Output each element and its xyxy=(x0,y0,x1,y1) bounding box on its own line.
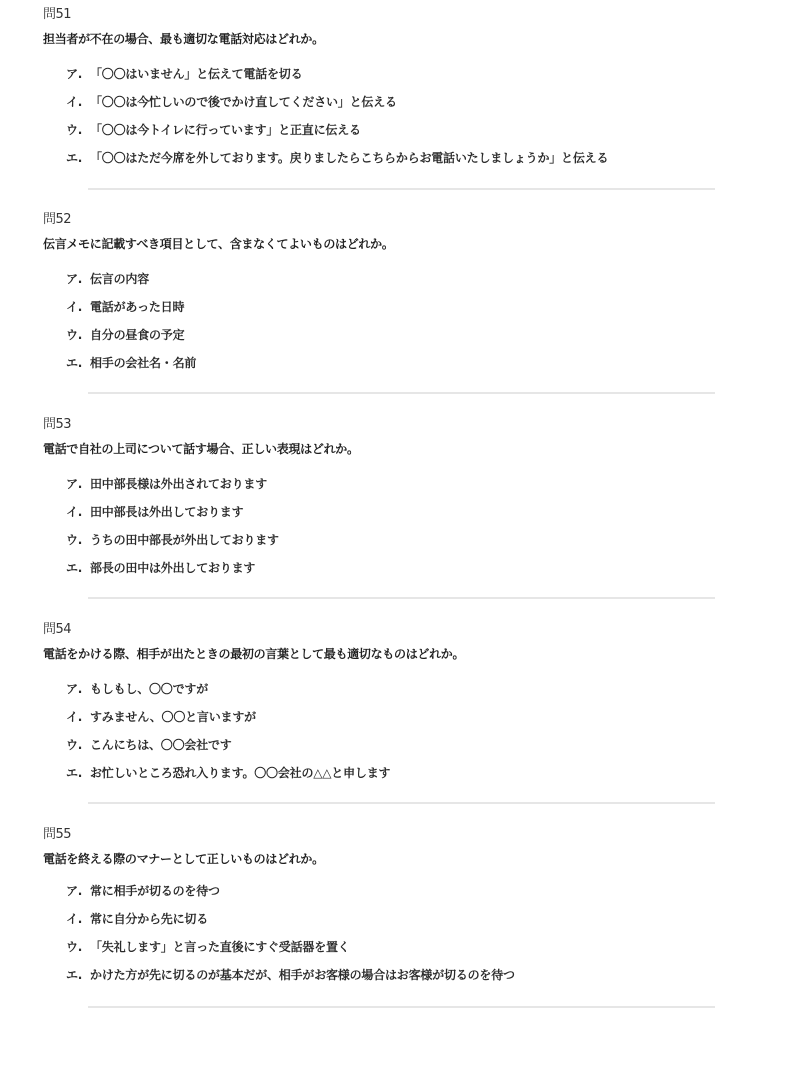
option-i: イ.電話があった日時 xyxy=(66,298,184,315)
option-a: ア.もしもし、〇〇ですが xyxy=(66,680,208,697)
option-i: イ.すみません、〇〇と言いますが xyxy=(66,708,256,725)
option-label: イ. xyxy=(66,93,90,110)
question-number: 問52 xyxy=(43,208,71,227)
question-text: 伝言メモに記載すべき項目として、含まなくてよいものはどれか。 xyxy=(43,235,394,252)
option-label: ウ. xyxy=(66,121,90,138)
option-text: かけた方が先に切るのが基本だが、相手がお客様の場合はお客様が切るのを待つ xyxy=(90,968,515,982)
option-label: ア. xyxy=(66,65,90,82)
option-text: 田中部長様は外出されております xyxy=(90,477,267,491)
option-a: ア.「〇〇はいません」と伝えて電話を切る xyxy=(66,65,302,82)
option-label: エ. xyxy=(66,966,90,983)
option-text: 自分の昼食の予定 xyxy=(90,328,184,342)
option-label: ア. xyxy=(66,882,90,899)
option-a: ア.伝言の内容 xyxy=(66,270,149,287)
option-label: エ. xyxy=(66,559,90,576)
option-text: 「〇〇は今トイレに行っています」と正直に伝える xyxy=(90,123,361,137)
option-a: ア.田中部長様は外出されております xyxy=(66,475,267,492)
divider xyxy=(88,188,715,190)
question-text: 電話で自社の上司について話す場合、正しい表現はどれか。 xyxy=(43,440,359,457)
option-i: イ.常に自分から先に切る xyxy=(66,910,208,927)
option-text: すみません、〇〇と言いますが xyxy=(90,710,256,724)
option-text: もしもし、〇〇ですが xyxy=(90,682,208,696)
option-u: ウ.こんにちは、〇〇会社です xyxy=(66,736,232,753)
divider xyxy=(88,1006,715,1008)
option-text: 部長の田中は外出しております xyxy=(90,561,255,575)
option-label: ウ. xyxy=(66,326,90,343)
divider xyxy=(88,392,715,394)
option-text: 電話があった日時 xyxy=(90,300,184,314)
question-text: 電話をかける際、相手が出たときの最初の言葉として最も適切なものはどれか。 xyxy=(43,645,464,662)
option-text: うちの田中部長が外出しております xyxy=(90,533,279,547)
option-i: イ.田中部長は外出しております xyxy=(66,503,243,520)
option-label: エ. xyxy=(66,764,90,781)
option-e: エ.相手の会社名・名前 xyxy=(66,354,196,371)
option-label: エ. xyxy=(66,354,90,371)
option-text: 「失礼します」と言った直後にすぐ受話器を置く xyxy=(90,940,350,954)
option-label: ウ. xyxy=(66,531,90,548)
option-a: ア.常に相手が切るのを待つ xyxy=(66,882,220,899)
option-text: 常に自分から先に切る xyxy=(90,912,208,926)
option-text: 相手の会社名・名前 xyxy=(90,356,196,370)
option-label: ア. xyxy=(66,475,90,492)
option-text: 「〇〇は今忙しいので後でかけ直してください」と伝える xyxy=(90,95,397,109)
option-text: 「〇〇はいません」と伝えて電話を切る xyxy=(90,67,302,81)
option-label: イ. xyxy=(66,503,90,520)
option-e: エ.部長の田中は外出しております xyxy=(66,559,255,576)
option-e: エ.「〇〇はただ今席を外しております。戻りましたらこちらからお電話いたしましょう… xyxy=(66,149,608,166)
option-text: お忙しいところ恐れ入ります。〇〇会社の△△と申します xyxy=(90,766,390,780)
question-text: 電話を終える際のマナーとして正しいものはどれか。 xyxy=(43,850,324,867)
question-number: 問53 xyxy=(43,413,71,432)
divider xyxy=(88,597,715,599)
option-label: エ. xyxy=(66,149,90,166)
option-label: ア. xyxy=(66,680,90,697)
option-u: ウ.「失礼します」と言った直後にすぐ受話器を置く xyxy=(66,938,350,955)
option-text: 「〇〇はただ今席を外しております。戻りましたらこちらからお電話いたしましょうか」… xyxy=(90,151,608,165)
option-text: こんにちは、〇〇会社です xyxy=(90,738,232,752)
option-label: イ. xyxy=(66,708,90,725)
option-u: ウ.「〇〇は今トイレに行っています」と正直に伝える xyxy=(66,121,361,138)
option-text: 田中部長は外出しております xyxy=(90,505,243,519)
option-u: ウ.うちの田中部長が外出しております xyxy=(66,531,279,548)
option-label: イ. xyxy=(66,910,90,927)
option-label: ア. xyxy=(66,270,90,287)
question-text: 担当者が不在の場合、最も適切な電話対応はどれか。 xyxy=(43,30,324,47)
option-label: ウ. xyxy=(66,938,90,955)
question-number: 問54 xyxy=(43,618,71,637)
question-number: 問51 xyxy=(43,3,71,22)
question-number: 問55 xyxy=(43,823,71,842)
option-u: ウ.自分の昼食の予定 xyxy=(66,326,184,343)
option-label: イ. xyxy=(66,298,90,315)
option-text: 伝言の内容 xyxy=(90,272,149,286)
option-label: ウ. xyxy=(66,736,90,753)
option-e: エ.かけた方が先に切るのが基本だが、相手がお客様の場合はお客様が切るのを待つ xyxy=(66,966,515,983)
option-i: イ.「〇〇は今忙しいので後でかけ直してください」と伝える xyxy=(66,93,397,110)
divider xyxy=(88,802,715,804)
option-text: 常に相手が切るのを待つ xyxy=(90,884,220,898)
option-e: エ.お忙しいところ恐れ入ります。〇〇会社の△△と申します xyxy=(66,764,390,781)
